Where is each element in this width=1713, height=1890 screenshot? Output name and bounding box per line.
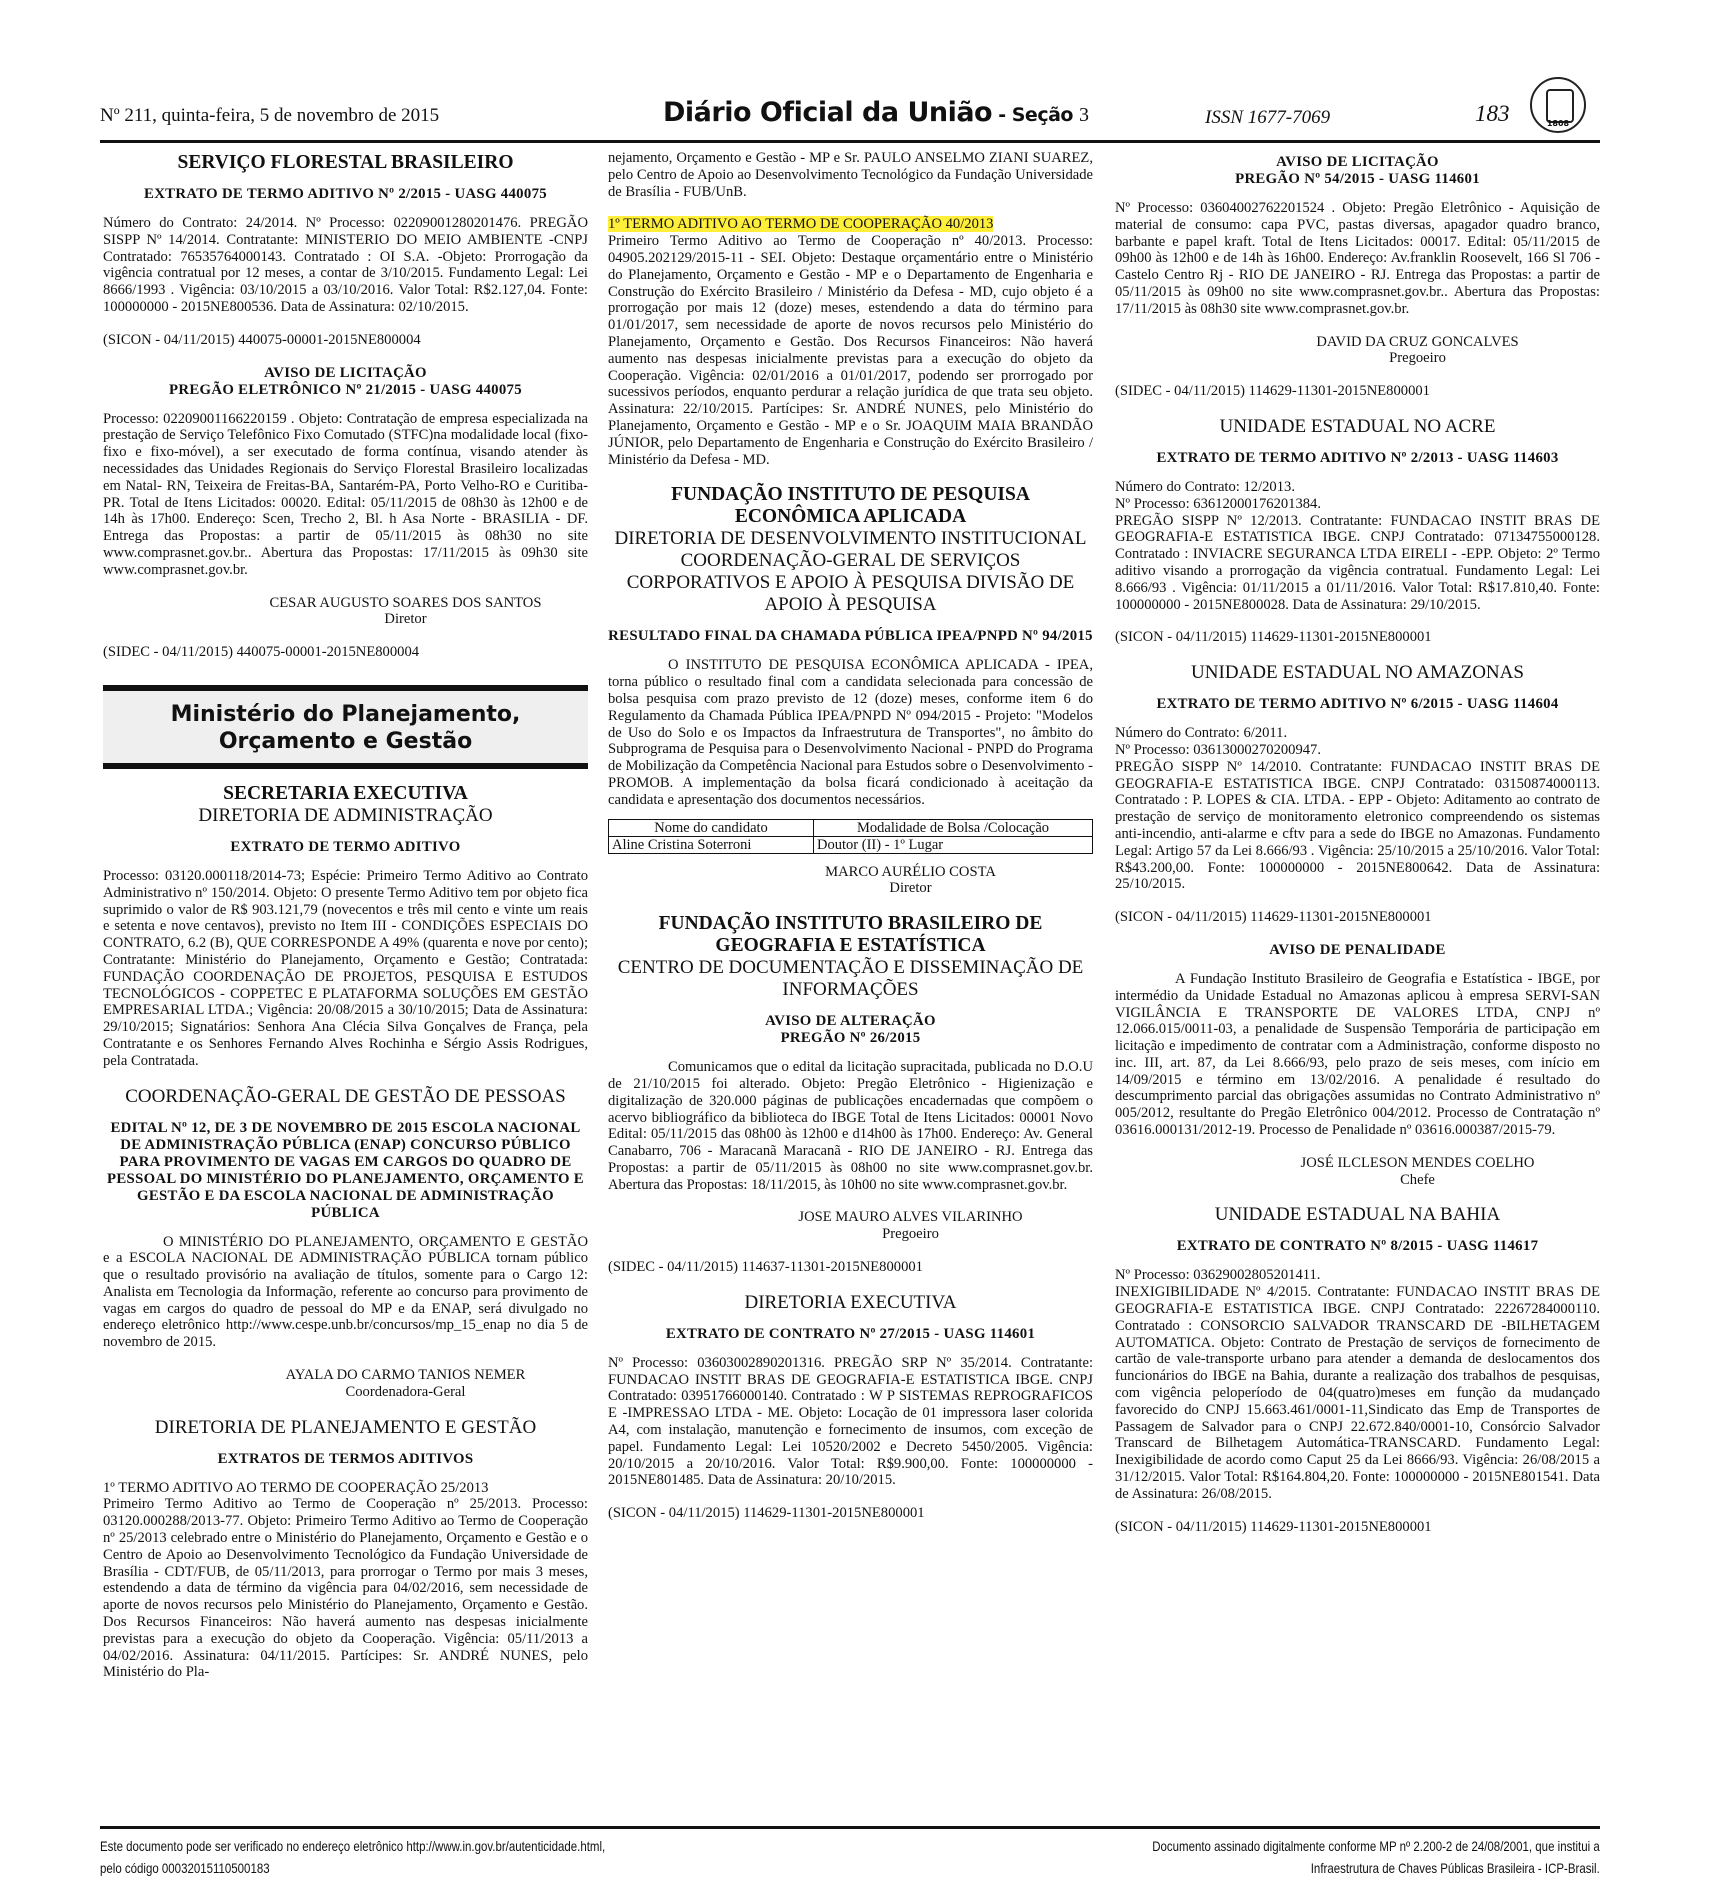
ministry-banner: Ministério do Planejamento,Orçamento e G… (103, 685, 588, 769)
unit-heading: UNIDADE ESTADUAL NO AMAZONAS (1115, 662, 1600, 684)
act-title: AVISO DE LICITAÇÃOPREGÃO ELETRÔNICO Nº 2… (103, 365, 588, 399)
footer-divider (100, 1826, 1600, 1829)
act-body: Número do Contrato: 24/2014. Nº Processo… (103, 215, 588, 316)
signature: JOSÉ ILCLESON MENDES COELHOChefe (1115, 1155, 1600, 1189)
unit-heading: UNIDADE ESTADUAL NA BAHIA (1115, 1204, 1600, 1226)
column-header: Nome do candidato (609, 819, 814, 836)
signer-name: JOSE MAURO ALVES VILARINHO (798, 1209, 1022, 1225)
unit-heading: DIRETORIA DE DESENVOLVIMENTO INSTITUCION… (608, 528, 1093, 616)
contract-number: Número do Contrato: 6/2011. (1115, 725, 1600, 742)
act-title-line: AVISO DE ALTERAÇÃO (765, 1013, 936, 1029)
act-title: AVISO DE ALTERAÇÃOPREGÃO Nº 26/2015 (608, 1013, 1093, 1047)
publication-code: (SICON - 04/11/2015) 114629-11301-2015NE… (1115, 629, 1600, 646)
unit-heading: CENTRO DE DOCUMENTAÇÃO E DISSEMINAÇÃO DE… (608, 957, 1093, 1001)
signature: JOSE MAURO ALVES VILARINHOPregoeiro (608, 1209, 1093, 1243)
signature-notice-line: Infraestrutura de Chaves Públicas Brasil… (1152, 1857, 1600, 1879)
table-cell: Doutor (II) - 1º Lugar (814, 836, 1093, 853)
publication-code: (SIDEC - 04/11/2015) 114629-11301-2015NE… (1115, 383, 1600, 400)
act-title-line: AVISO DE LICITAÇÃO (1276, 154, 1439, 170)
act-body: O INSTITUTO DE PESQUISA ECONÔMICA APLICA… (608, 657, 1093, 808)
act-title-line: PREGÃO Nº 54/2015 - UASG 114601 (1235, 171, 1480, 187)
highlighted-text: 1º TERMO ADITIVO AO TERMO DE COOPERAÇÃO … (608, 216, 993, 232)
column-header: Modalidade de Bolsa /Colocação (814, 819, 1093, 836)
ministry-line: Orçamento e Gestão (219, 729, 472, 754)
footer-verification: Este documento pode ser verificado no en… (100, 1835, 605, 1879)
org-heading: SECRETARIA EXECUTIVA (103, 783, 588, 805)
act-title: EDITAL Nº 12, DE 3 DE NOVEMBRO DE 2015 E… (103, 1120, 588, 1222)
footer-signature-notice: Documento assinado digitalmente conforme… (1152, 1835, 1600, 1879)
verification-url-text: Este documento pode ser verificado no en… (100, 1835, 605, 1857)
act-title: EXTRATO DE TERMO ADITIVO (103, 839, 588, 856)
page-header: Nº 211, quinta-feira, 5 de novembro de 2… (100, 95, 1600, 135)
org-heading: FUNDAÇÃO INSTITUTO BRASILEIRO DE GEOGRAF… (608, 913, 1093, 957)
publication-code: (SICON - 04/11/2015) 114629-11301-2015NE… (1115, 909, 1600, 926)
title-sep: - (992, 104, 1012, 126)
act-title: EXTRATOS DE TERMOS ADITIVOS (103, 1451, 588, 1468)
section-number: 3 (1079, 104, 1089, 126)
table-cell: Aline Cristina Soterroni (609, 836, 814, 853)
signer-name: DAVID DA CRUZ GONCALVES (1316, 334, 1518, 350)
process-number: Nº Processo: 03629002805201411. (1115, 1267, 1600, 1284)
act-body: O MINISTÉRIO DO PLANEJAMENTO, ORÇAMENTO … (103, 1234, 588, 1352)
act-title: AVISO DE PENALIDADE (1115, 942, 1600, 959)
act-title-line: PREGÃO Nº 26/2015 (781, 1030, 921, 1046)
act-body: A Fundação Instituto Brasileiro de Geogr… (1115, 971, 1600, 1139)
column-3: AVISO DE LICITAÇÃOPREGÃO Nº 54/2015 - UA… (1115, 150, 1600, 1551)
act-body: Nº Processo: 03604002762201524 . Objeto:… (1115, 200, 1600, 318)
signature: CESAR AUGUSTO SOARES DOS SANTOSDiretor (103, 595, 588, 629)
header-divider (100, 140, 1600, 143)
act-body: Processo: 03120.000118/2014-73; Espécie:… (103, 868, 588, 1070)
act-body: PREGÃO SISPP Nº 14/2010. Contratante: FU… (1115, 759, 1600, 893)
unit-heading: UNIDADE ESTADUAL NO ACRE (1115, 416, 1600, 438)
seal-year: 1808 (1532, 119, 1584, 128)
issue-date: Nº 211, quinta-feira, 5 de novembro de 2… (100, 105, 439, 127)
issn: ISSN 1677-7069 (1205, 107, 1330, 129)
publication-code: (SIDEC - 04/11/2015) 114637-11301-2015NE… (608, 1259, 1093, 1276)
act-title-line: AVISO DE LICITAÇÃO (264, 365, 427, 381)
signer-name: AYALA DO CARMO TANIOS NEMER (286, 1367, 526, 1383)
page-number: 183 (1475, 101, 1510, 127)
column-1: SERVIÇO FLORESTAL BRASILEIRO EXTRATO DE … (103, 150, 588, 1697)
act-title: EXTRATO DE CONTRATO Nº 8/2015 - UASG 114… (1115, 1238, 1600, 1255)
signature: DAVID DA CRUZ GONCALVESPregoeiro (1115, 334, 1600, 368)
title-text: Diário Oficial da União (663, 97, 992, 128)
act-title: AVISO DE LICITAÇÃOPREGÃO Nº 54/2015 - UA… (1115, 154, 1600, 188)
item-heading-highlighted: 1º TERMO ADITIVO AO TERMO DE COOPERAÇÃO … (608, 216, 1093, 233)
act-title: RESULTADO FINAL DA CHAMADA PÚBLICA IPEA/… (608, 628, 1093, 645)
act-title: EXTRATO DE TERMO ADITIVO Nº 6/2015 - UAS… (1115, 696, 1600, 713)
result-table: Nome do candidato Modalidade de Bolsa /C… (608, 819, 1093, 854)
act-body: Primeiro Termo Aditivo ao Termo de Coope… (103, 1496, 588, 1681)
contract-number: Número do Contrato: 12/2013. (1115, 479, 1600, 496)
unit-heading: DIRETORIA DE ADMINISTRAÇÃO (103, 805, 588, 827)
unit-heading: COORDENAÇÃO-GERAL DE GESTÃO DE PESSOAS (103, 1086, 588, 1108)
table-row: Aline Cristina Soterroni Doutor (II) - 1… (609, 836, 1093, 853)
process-number: Nº Processo: 03613000270200947. (1115, 742, 1600, 759)
signer-role: Diretor (728, 880, 1093, 897)
act-title: EXTRATO DE TERMO ADITIVO Nº 2/2015 - UAS… (103, 186, 588, 203)
act-body: INEXIGIBILIDADE Nº 4/2015. Contratante: … (1115, 1284, 1600, 1502)
publication-code: (SICON - 04/11/2015) 114629-11301-2015NE… (1115, 1519, 1600, 1536)
signer-name: JOSÉ ILCLESON MENDES COELHO (1301, 1155, 1535, 1171)
process-number: Nº Processo: 63612000176201384. (1115, 496, 1600, 513)
act-body: Comunicamos que o edital da licitação su… (608, 1059, 1093, 1193)
act-title: EXTRATO DE TERMO ADITIVO Nº 2/2013 - UAS… (1115, 450, 1600, 467)
org-heading: SERVIÇO FLORESTAL BRASILEIRO (103, 152, 588, 174)
item-heading: 1º TERMO ADITIVO AO TERMO DE COOPERAÇÃO … (103, 1480, 588, 1497)
act-body: Primeiro Termo Aditivo ao Termo de Coope… (608, 233, 1093, 468)
publication-code: (SIDEC - 04/11/2015) 440075-00001-2015NE… (103, 644, 588, 661)
act-body-continued: nejamento, Orçamento e Gestão - MP e Sr.… (608, 150, 1093, 200)
signer-name: CESAR AUGUSTO SOARES DOS SANTOS (270, 595, 542, 611)
act-body: Nº Processo: 03603002890201316. PREGÃO S… (608, 1355, 1093, 1489)
table-header-row: Nome do candidato Modalidade de Bolsa /C… (609, 819, 1093, 836)
act-body: PREGÃO SISPP Nº 12/2013. Contratante: FU… (1115, 513, 1600, 614)
signature: AYALA DO CARMO TANIOS NEMERCoordenadora-… (103, 1367, 588, 1401)
signer-name: MARCO AURÉLIO COSTA (825, 864, 996, 880)
publication-code: (SICON - 04/11/2015) 114629-11301-2015NE… (608, 1505, 1093, 1522)
signer-role: Pregoeiro (1235, 350, 1600, 367)
unit-heading: DIRETORIA EXECUTIVA (608, 1292, 1093, 1314)
act-title-line: PREGÃO ELETRÔNICO Nº 21/2015 - UASG 4400… (169, 382, 522, 398)
act-body: Processo: 02209001166220159 . Objeto: Co… (103, 411, 588, 579)
ministry-line: Ministério do Planejamento, (171, 702, 521, 727)
signer-role: Chefe (1235, 1172, 1600, 1189)
org-heading: FUNDAÇÃO INSTITUTO DE PESQUISA ECONÔMICA… (608, 484, 1093, 528)
signature-notice-line: Documento assinado digitalmente conforme… (1152, 1835, 1600, 1857)
publication-code: (SICON - 04/11/2015) 440075-00001-2015NE… (103, 332, 588, 349)
column-2: nejamento, Orçamento e Gestão - MP e Sr.… (608, 150, 1093, 1538)
imprensa-nacional-seal-icon: 1808 (1530, 77, 1586, 133)
publication-title: Diário Oficial da União - Seção3 (663, 97, 1088, 128)
verification-code: pelo código 00032015110500183 (100, 1857, 605, 1879)
signer-role: Coordenadora-Geral (223, 1384, 588, 1401)
signer-role: Diretor (223, 611, 588, 628)
act-title: EXTRATO DE CONTRATO Nº 27/2015 - UASG 11… (608, 1326, 1093, 1343)
signature: MARCO AURÉLIO COSTADiretor (608, 864, 1093, 898)
unit-heading: DIRETORIA DE PLANEJAMENTO E GESTÃO (103, 1417, 588, 1439)
section-label: Seção (1012, 104, 1073, 126)
signer-role: Pregoeiro (728, 1226, 1093, 1243)
